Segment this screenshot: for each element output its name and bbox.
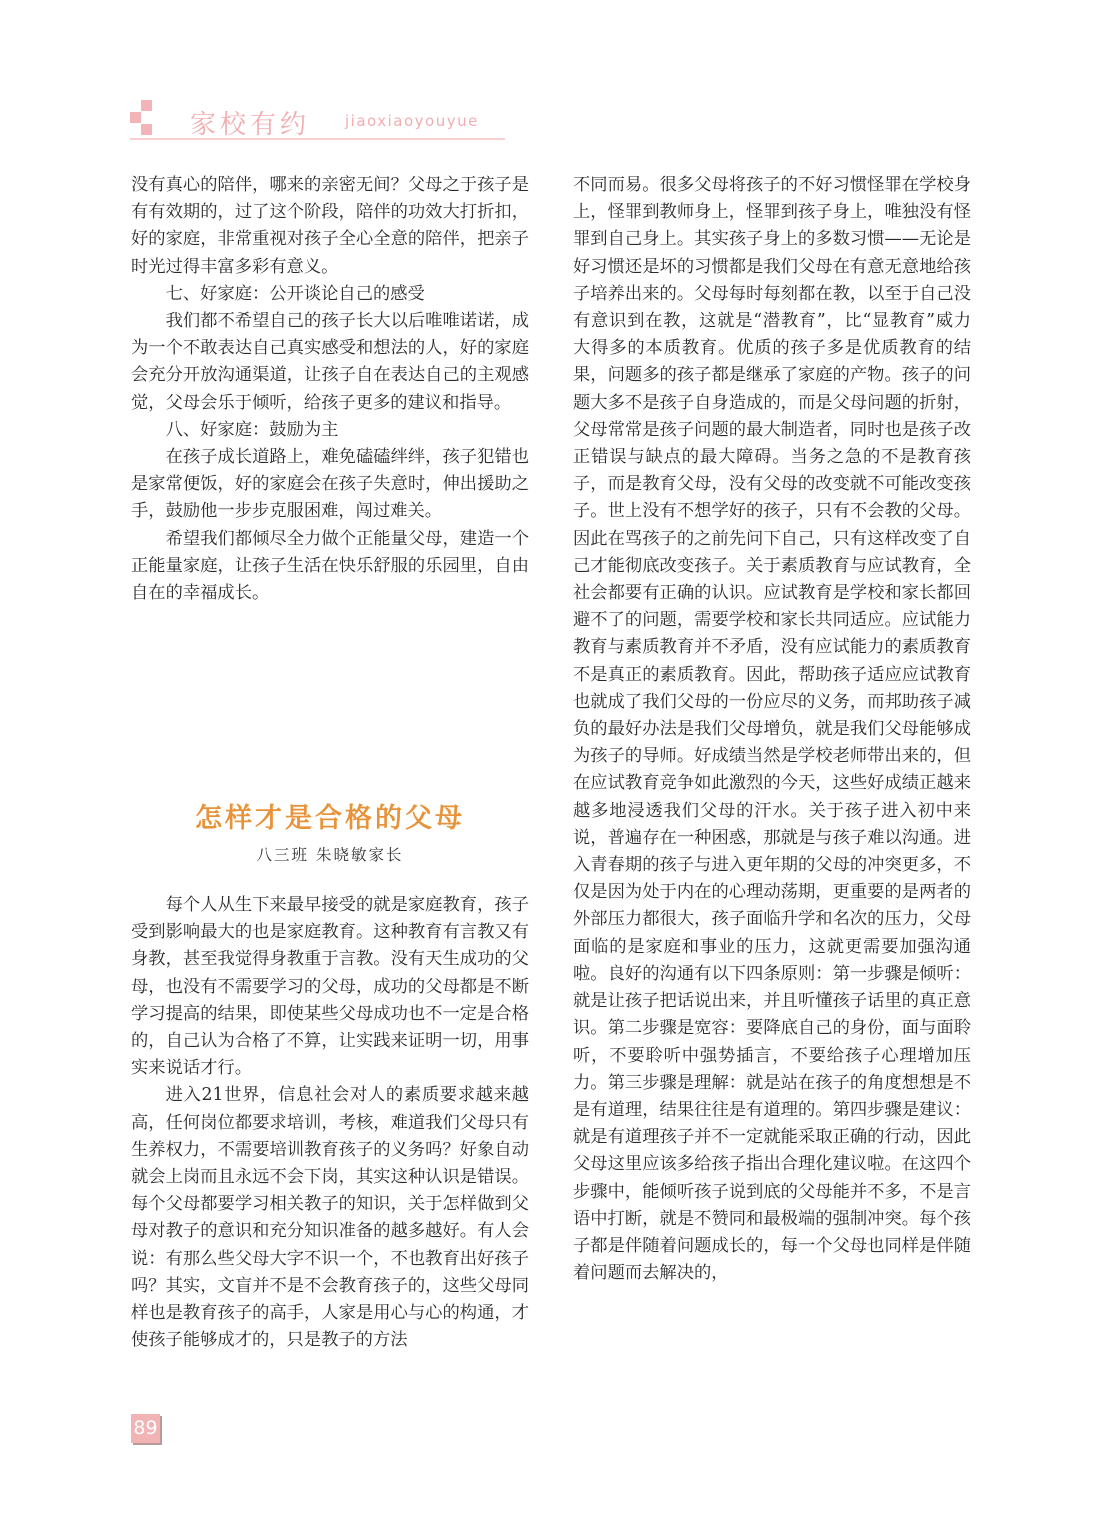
subheading: 八、好家庭：鼓励为主: [131, 417, 529, 444]
section-pinyin: jiaoxiaoyouyue: [345, 112, 479, 130]
paragraph: 不同而易。很多父母将孩子的不好习惯怪罪在学校身上，怪罪到教师身上，怪罪到孩子身上…: [573, 172, 971, 1287]
article-byline: 八三班 朱晓敏家长: [131, 843, 529, 865]
section-header: 家校有约 jiaoxiaoyouyue: [130, 100, 505, 142]
article-body-left: 每个人从生下来最早接受的就是家庭教育，孩子受到影响最大的也是家庭教育。这种教育有…: [131, 892, 529, 1354]
section-title: 家校有约: [190, 104, 310, 141]
paragraph: 没有真心的陪伴，哪来的亲密无间？父母之于孩子是有有效期的，过了这个阶段，陪伴的功…: [131, 172, 529, 281]
subheading: 七、好家庭：公开谈论自己的感受: [131, 281, 529, 308]
header-divider: [130, 138, 505, 140]
paragraph: 每个人从生下来最早接受的就是家庭教育，孩子受到影响最大的也是家庭教育。这种教育有…: [131, 892, 529, 1082]
paragraph: 进入21世界，信息社会对人的素质要求越来越高，任何岗位都要求培训，考核，难道我们…: [131, 1082, 529, 1354]
previous-article-continuation: 没有真心的陪伴，哪来的亲密无间？父母之于孩子是有有效期的，过了这个阶段，陪伴的功…: [131, 172, 529, 607]
paragraph: 在孩子成长道路上，难免磕磕绊绊，孩子犯错也是家常便饭，好的家庭会在孩子失意时，伸…: [131, 444, 529, 526]
article-body-right: 不同而易。很多父母将孩子的不好习惯怪罪在学校身上，怪罪到教师身上，怪罪到孩子身上…: [573, 172, 971, 1287]
paragraph: 希望我们都倾尽全力做个正能量父母，建造一个正能量家庭，让孩子生活在快乐舒服的乐园…: [131, 526, 529, 608]
paragraph: 我们都不希望自己的孩子长大以后唯唯诺诺，成为一个不敢表达自己真实感受和想法的人，…: [131, 308, 529, 417]
article-title: 怎样才是合格的父母: [131, 796, 529, 835]
page-number-badge: 89: [131, 1414, 160, 1443]
checker-logo-icon: [130, 100, 162, 136]
